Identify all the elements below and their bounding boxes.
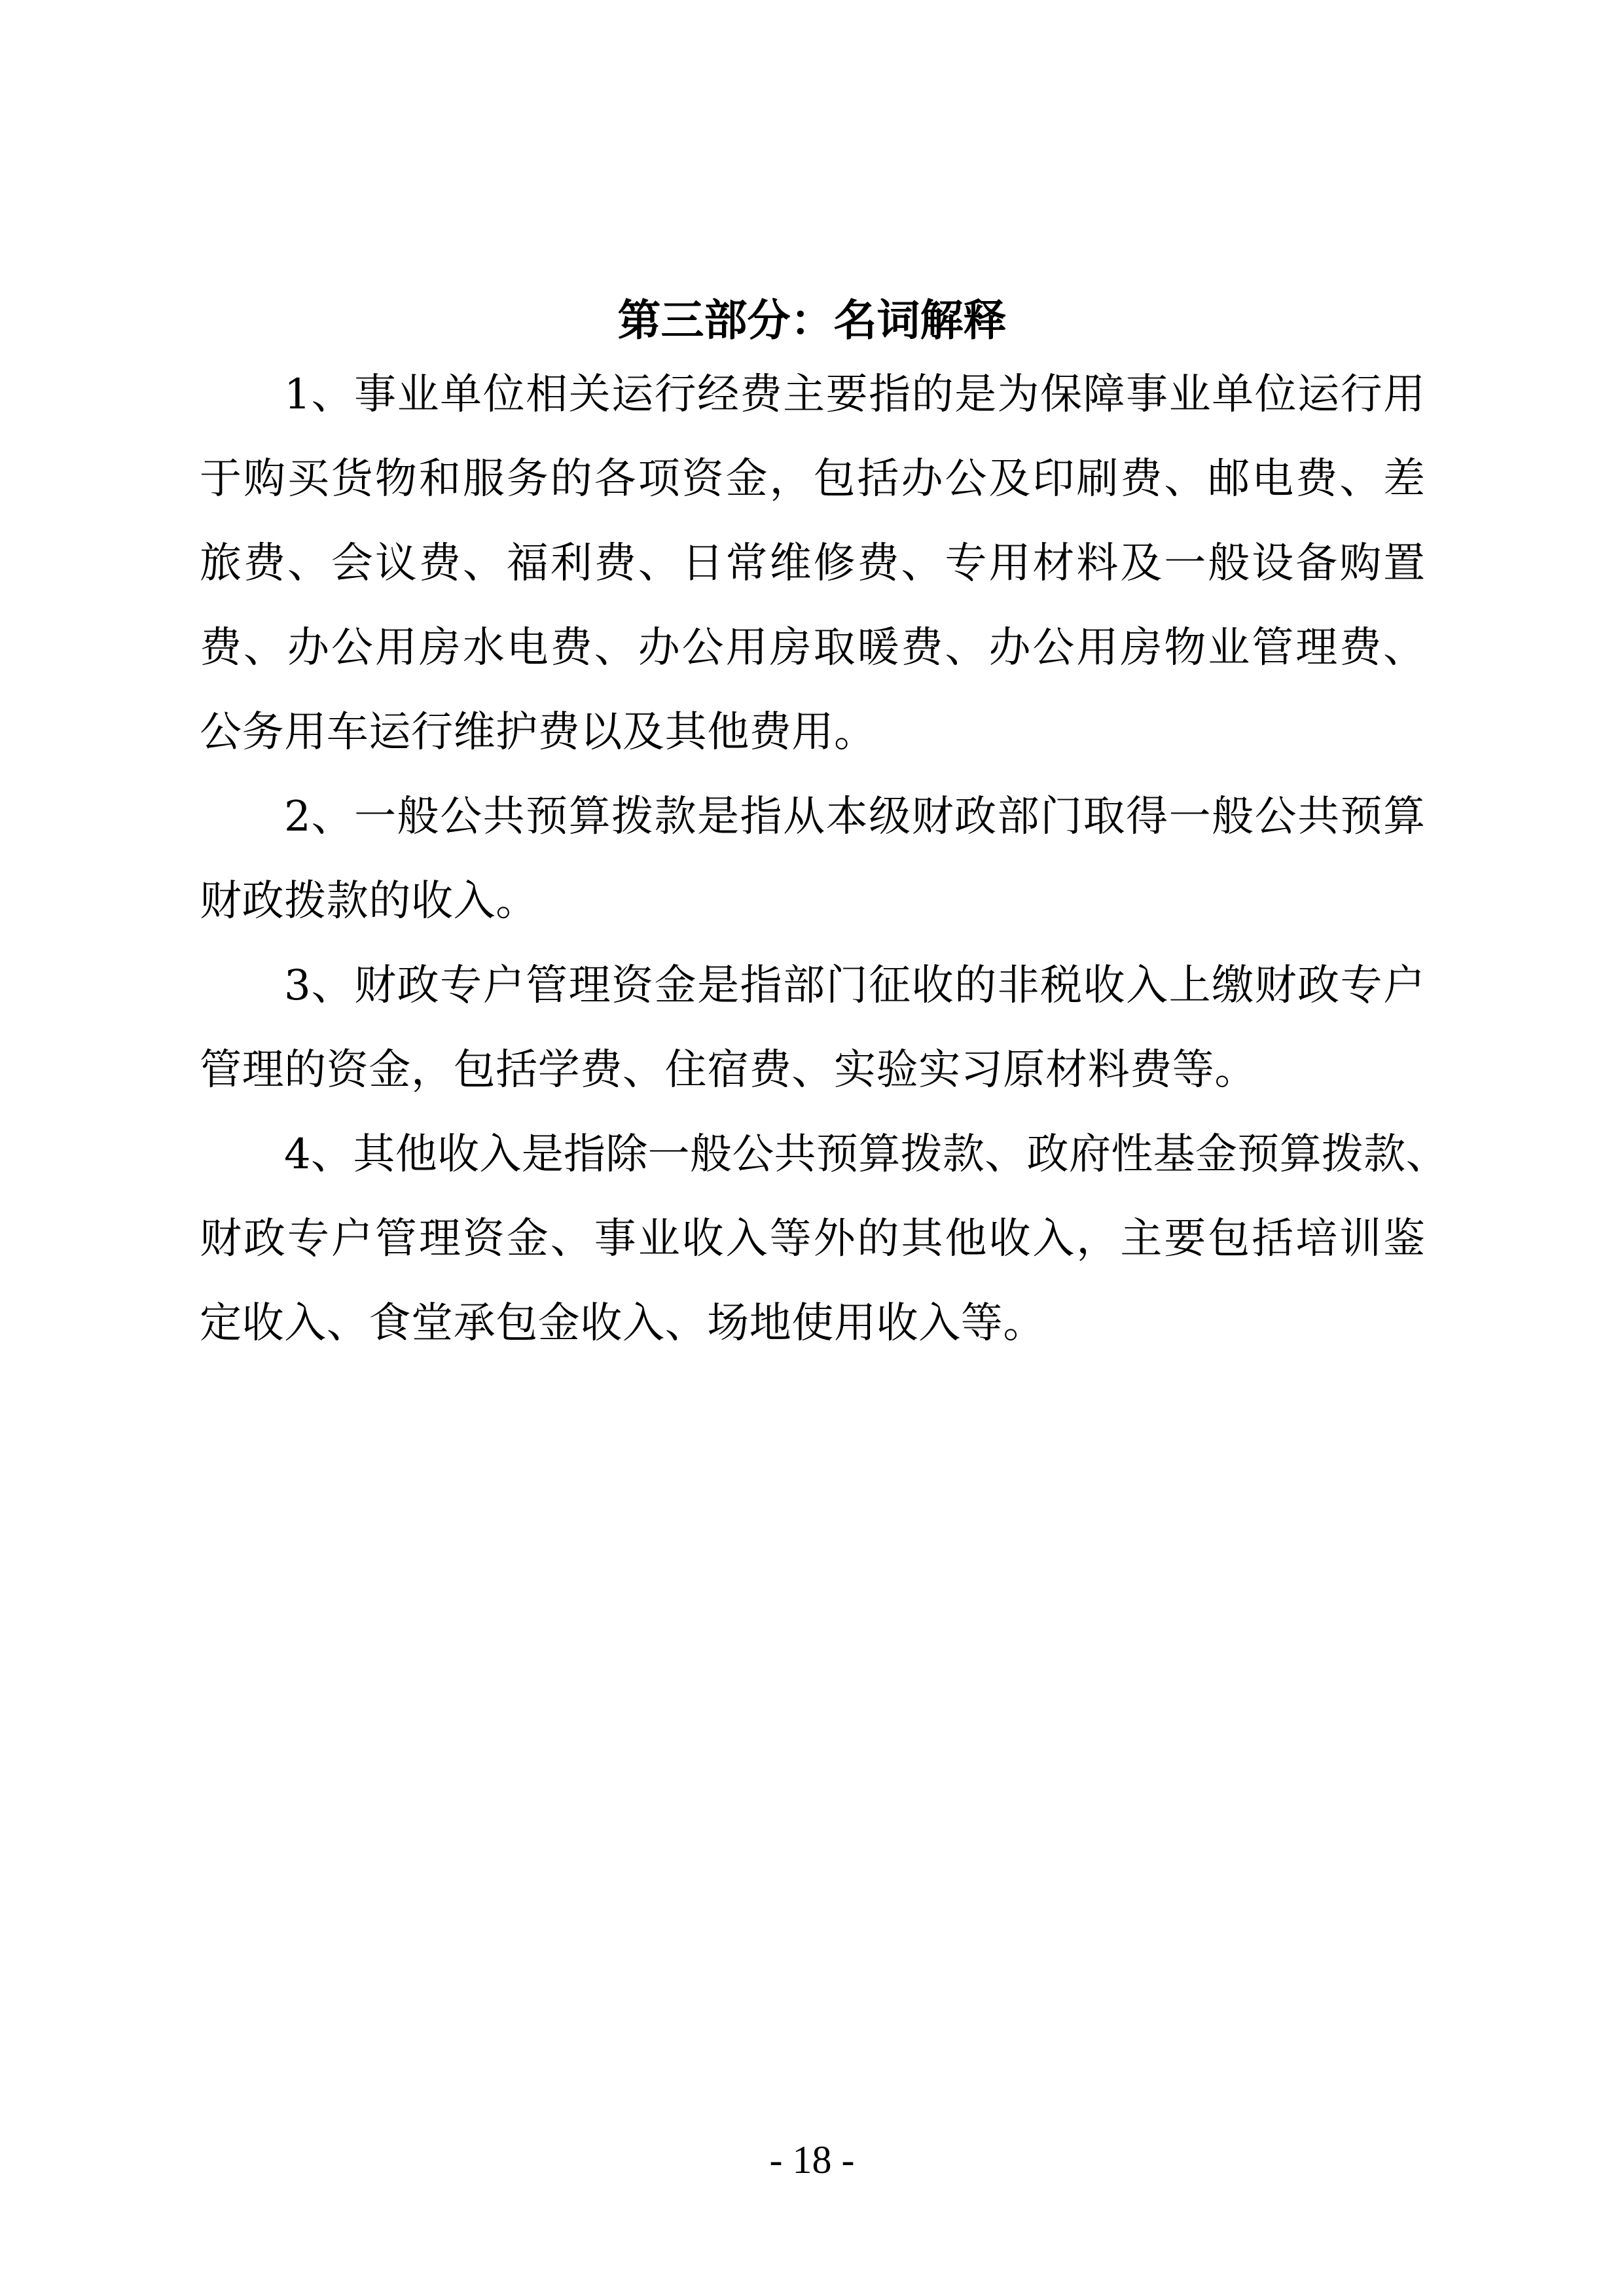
paragraph-line: 费 、 办 公 用 房 水 电 费 、 办 公 用 房 取 暖 费 、 办 公 … bbox=[200, 606, 1425, 691]
paragraph-line: 1 、 事 业 单 位 相 关 运 行 经 费 主 要 指 的 是 为 保 障 … bbox=[200, 353, 1425, 437]
definition-paragraph-1: 1 、 事 业 单 位 相 关 运 行 经 费 主 要 指 的 是 为 保 障 … bbox=[200, 353, 1425, 775]
definitions-body: 1 、 事 业 单 位 相 关 运 行 经 费 主 要 指 的 是 为 保 障 … bbox=[200, 353, 1425, 1366]
definition-paragraph-4: 4 、 其 他 收 入 是 指 除 一 般 公 共 预 算 拨 款 、 政 府 … bbox=[200, 1113, 1425, 1366]
paragraph-line: 旅 费 、 会 议 费 、 福 利 费 、 日 常 维 修 费 、 专 用 材 … bbox=[200, 522, 1425, 606]
page-number: - 18 - bbox=[0, 2134, 1624, 2186]
paragraph-line: 定收入、食堂承包金收入、场地使用收入等。 bbox=[200, 1282, 1425, 1366]
paragraph-line: 管理的资金，包括学费、住宿费、实验实习原材料费等。 bbox=[200, 1028, 1425, 1113]
paragraph-line: 于 购 买 货 物 和 服 务 的 各 项 资 金 ， 包 括 办 公 及 印 … bbox=[200, 437, 1425, 522]
definition-paragraph-3: 3 、 财 政 专 户 管 理 资 金 是 指 部 门 征 收 的 非 税 收 … bbox=[200, 944, 1425, 1113]
paragraph-line: 财政拨款的收入。 bbox=[200, 859, 1425, 944]
definition-paragraph-2: 2 、 一 般 公 共 预 算 拨 款 是 指 从 本 级 财 政 部 门 取 … bbox=[200, 775, 1425, 944]
paragraph-line: 4 、 其 他 收 入 是 指 除 一 般 公 共 预 算 拨 款 、 政 府 … bbox=[200, 1113, 1425, 1197]
section-title: 第三部分：名词解释 bbox=[0, 288, 1624, 353]
paragraph-line: 财 政 专 户 管 理 资 金 、 事 业 收 入 等 外 的 其 他 收 入 … bbox=[200, 1197, 1425, 1282]
paragraph-line: 公务用车运行维护费以及其他费用。 bbox=[200, 691, 1425, 775]
document-page: 第三部分：名词解释 1 、 事 业 单 位 相 关 运 行 经 费 主 要 指 … bbox=[0, 0, 1624, 2296]
paragraph-line: 3 、 财 政 专 户 管 理 资 金 是 指 部 门 征 收 的 非 税 收 … bbox=[200, 944, 1425, 1028]
paragraph-line: 2 、 一 般 公 共 预 算 拨 款 是 指 从 本 级 财 政 部 门 取 … bbox=[200, 775, 1425, 859]
